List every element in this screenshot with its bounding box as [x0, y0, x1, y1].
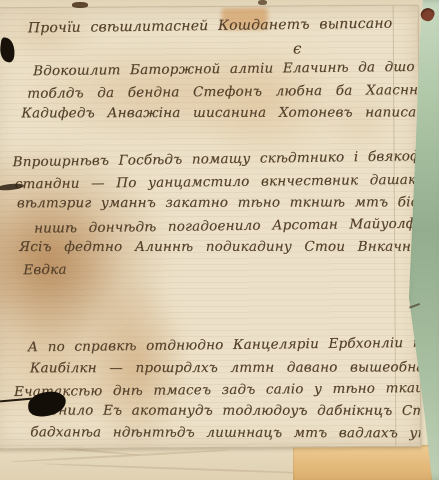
handwritten-line-p2-1: Впрошрнѣвъ Госбѣдъ помащу скѣдтнико і бв… — [12, 147, 421, 170]
handwritten-line-p3-4: Годнило Еъ акотанудъ тодлюдоуъ дабнікнцъ… — [32, 403, 421, 419]
section-mark: є — [293, 40, 302, 56]
handwritten-line-p2-4: нишѣ дончѣдѣ погадоенило Арсотан Майуолф… — [34, 215, 421, 237]
manuscript-scan: Прочїи свѣшлитасней Кошданетъ выписано є… — [0, 0, 439, 480]
handwritten-line-p3-5: бадханѣа ндѣнтѣдъ лишннацъ мтъ вадлахъ у… — [30, 424, 421, 441]
handwritten-line-p1-3: Кадифедъ Анважіна шисанина Хотоневъ напи… — [21, 104, 421, 121]
manuscript-sheet: Прочїи свѣшлитасней Кошданетъ выписано є… — [0, 5, 421, 450]
paper-wrinkle — [10, 449, 230, 463]
title-line: Прочїи свѣшлитасней Кошданетъ выписано — [28, 16, 393, 37]
handwritten-line-p1-2: тоблдъ да бендна Стефонъ любна ба Хааснн… — [27, 82, 421, 102]
top-speck — [72, 2, 88, 8]
handwritten-line-p2-5: Ясіъ федтно Алиннѣ подикадину Стои Внкач… — [19, 239, 421, 255]
handwritten-line-p3-2: Каибілкн — прошрдлхъ лттн давано вышеобн… — [30, 359, 422, 376]
handwritten-line-p2-3: вѣлтэриг уманнъ закатно тѣно ткншѣ мтъ б… — [17, 194, 422, 211]
handwritten-line-p3-3: Ечатаксѣю днѣ тмасеъ задъ саліо у тѣно т… — [14, 379, 421, 400]
handwritten-line-p1-1: Вдокошлит Баторжной алтіи Елачинѣ да дшо… — [33, 58, 421, 79]
repair-patch — [293, 445, 432, 480]
stain-center-blob — [184, 36, 345, 167]
handwritten-line-p3-1: А по справкѣ отднюдно Канцеляріи Ербхонл… — [28, 334, 422, 355]
handwritten-line-p2-2: стандни — По уанцамстило вкнчествник даш… — [15, 171, 422, 192]
top-speck — [258, 0, 267, 5]
handwritten-line-p2-6: Евдка — [23, 262, 67, 279]
